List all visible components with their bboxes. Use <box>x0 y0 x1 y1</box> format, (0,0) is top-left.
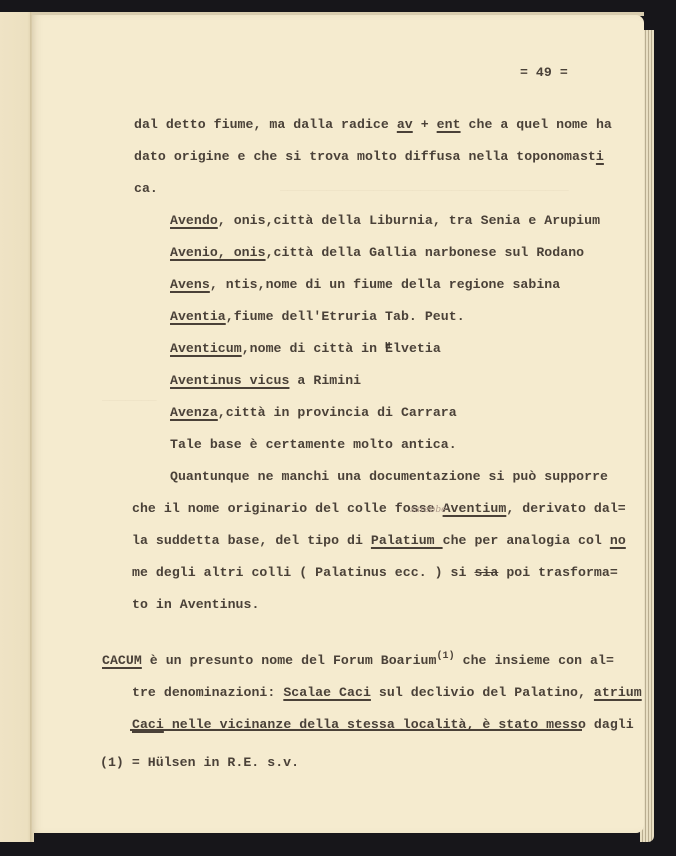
text-span: è un presunto nome del Forum Boarium <box>142 653 437 668</box>
entry-avens: Avens, ntis,nome di un fiume della regio… <box>170 277 560 293</box>
text-span: dato origine e che si trova molto diffus… <box>134 149 596 164</box>
text-span: , derivato dal= <box>506 501 625 516</box>
text-span: no <box>610 533 626 548</box>
underlined-term: Aventium <box>443 501 507 516</box>
underlined-term: Scalae Caci <box>283 685 371 700</box>
entry-term: Avenio, onis <box>170 245 266 260</box>
entry-desc: a Rimini <box>289 373 361 388</box>
footnote-separator <box>130 729 582 731</box>
text-line: che il nome originario del colle fosse A… <box>132 501 626 517</box>
entry-aventicum: Aventicum,nome di città in HElvetia <box>170 341 441 357</box>
text-line: dato origine e che si trova molto diffus… <box>134 149 604 165</box>
text-span: sul declivio del Palatino, <box>371 685 594 700</box>
text-span: dal detto fiume, ma dalla radice <box>134 117 397 132</box>
text-span: + <box>413 117 437 132</box>
footnote-marker: (1) <box>437 651 455 662</box>
entry-term: Aventinus vicus <box>170 373 289 388</box>
entry-desc: Elvetia <box>385 341 441 356</box>
entry-desc: ,nome di città in <box>242 341 385 356</box>
text-span: che a quel nome ha <box>461 117 612 132</box>
entry-avenza: Avenza,città in provincia di Carrara <box>170 405 457 421</box>
bleed-through: _______ <box>102 388 157 403</box>
underlined-term: CACUM <box>102 653 142 668</box>
typed-correction: H <box>385 338 390 354</box>
text-line: tre denominazioni: Scalae Caci sul decli… <box>132 685 642 701</box>
text-line: CACUM è un presunto nome del Forum Boari… <box>102 653 614 669</box>
text-line: Tale base è certamente molto antica. <box>170 437 457 453</box>
typewritten-page: _____________________________________ __… <box>32 15 644 833</box>
entry-avendo: Avendo, onis,città della Liburnia, tra S… <box>170 213 600 229</box>
text-span: che il nome originario del colle fosse <box>132 501 443 516</box>
text-line: ca. <box>134 181 158 197</box>
page-number: = 49 = <box>520 65 568 81</box>
handwritten-annotation: sarebbe <box>410 505 446 515</box>
text-line: la suddetta base, del tipo di Palatium c… <box>132 533 626 549</box>
text-span: che per analogia col <box>443 533 610 548</box>
entry-term: Avendo <box>170 213 218 228</box>
entry-desc: , onis,città della Liburnia, tra Senia e… <box>218 213 600 228</box>
entry-desc: ,fiume dell'Etruria Tab. Peut. <box>226 309 465 324</box>
text-span: che insieme con al= <box>455 653 614 668</box>
entry-term: Aventicum <box>170 341 242 356</box>
underlined-term: Palatium <box>371 533 443 548</box>
entry-desc: , ntis,nome di un fiume della regione sa… <box>210 277 560 292</box>
underlined-term: atrium <box>594 685 642 700</box>
text-line: me degli altri colli ( Palatinus ecc. ) … <box>132 565 618 581</box>
footnote: (1) = Hülsen in R.E. s.v. <box>100 755 299 771</box>
text-span: me degli altri colli ( Palatinus ecc. ) … <box>132 565 474 580</box>
entry-aventia: Aventia,fiume dell'Etruria Tab. Peut. <box>170 309 465 325</box>
text-line: to in Aventinus. <box>132 597 259 613</box>
bleed-through: _____________________________________ <box>280 178 569 193</box>
entry-term: Avens <box>170 277 210 292</box>
entry-avenio: Avenio, onis,città della Gallia narbones… <box>170 245 584 261</box>
underlined-root-av: av <box>397 117 413 132</box>
entry-desc: ,città in provincia di Carrara <box>218 405 457 420</box>
facing-page-edge <box>0 12 34 842</box>
struck-word: sia <box>474 565 498 580</box>
entry-term: Aventia <box>170 309 226 324</box>
entry-desc: ,città della Gallia narbonese sul Rodano <box>266 245 585 260</box>
entry-aventinus: Aventinus vicus a Rimini <box>170 373 361 389</box>
text-line: Quantunque ne manchi una documentazione … <box>170 469 608 485</box>
underlined-root-ent: ent <box>437 117 461 132</box>
entry-term: Avenza <box>170 405 218 420</box>
text-span: poi trasforma= <box>498 565 617 580</box>
text-span: tre denominazioni: <box>132 685 283 700</box>
text-line: dal detto fiume, ma dalla radice av + en… <box>134 117 612 133</box>
text-span: i <box>596 149 604 164</box>
text-span: la suddetta base, del tipo di <box>132 533 371 548</box>
